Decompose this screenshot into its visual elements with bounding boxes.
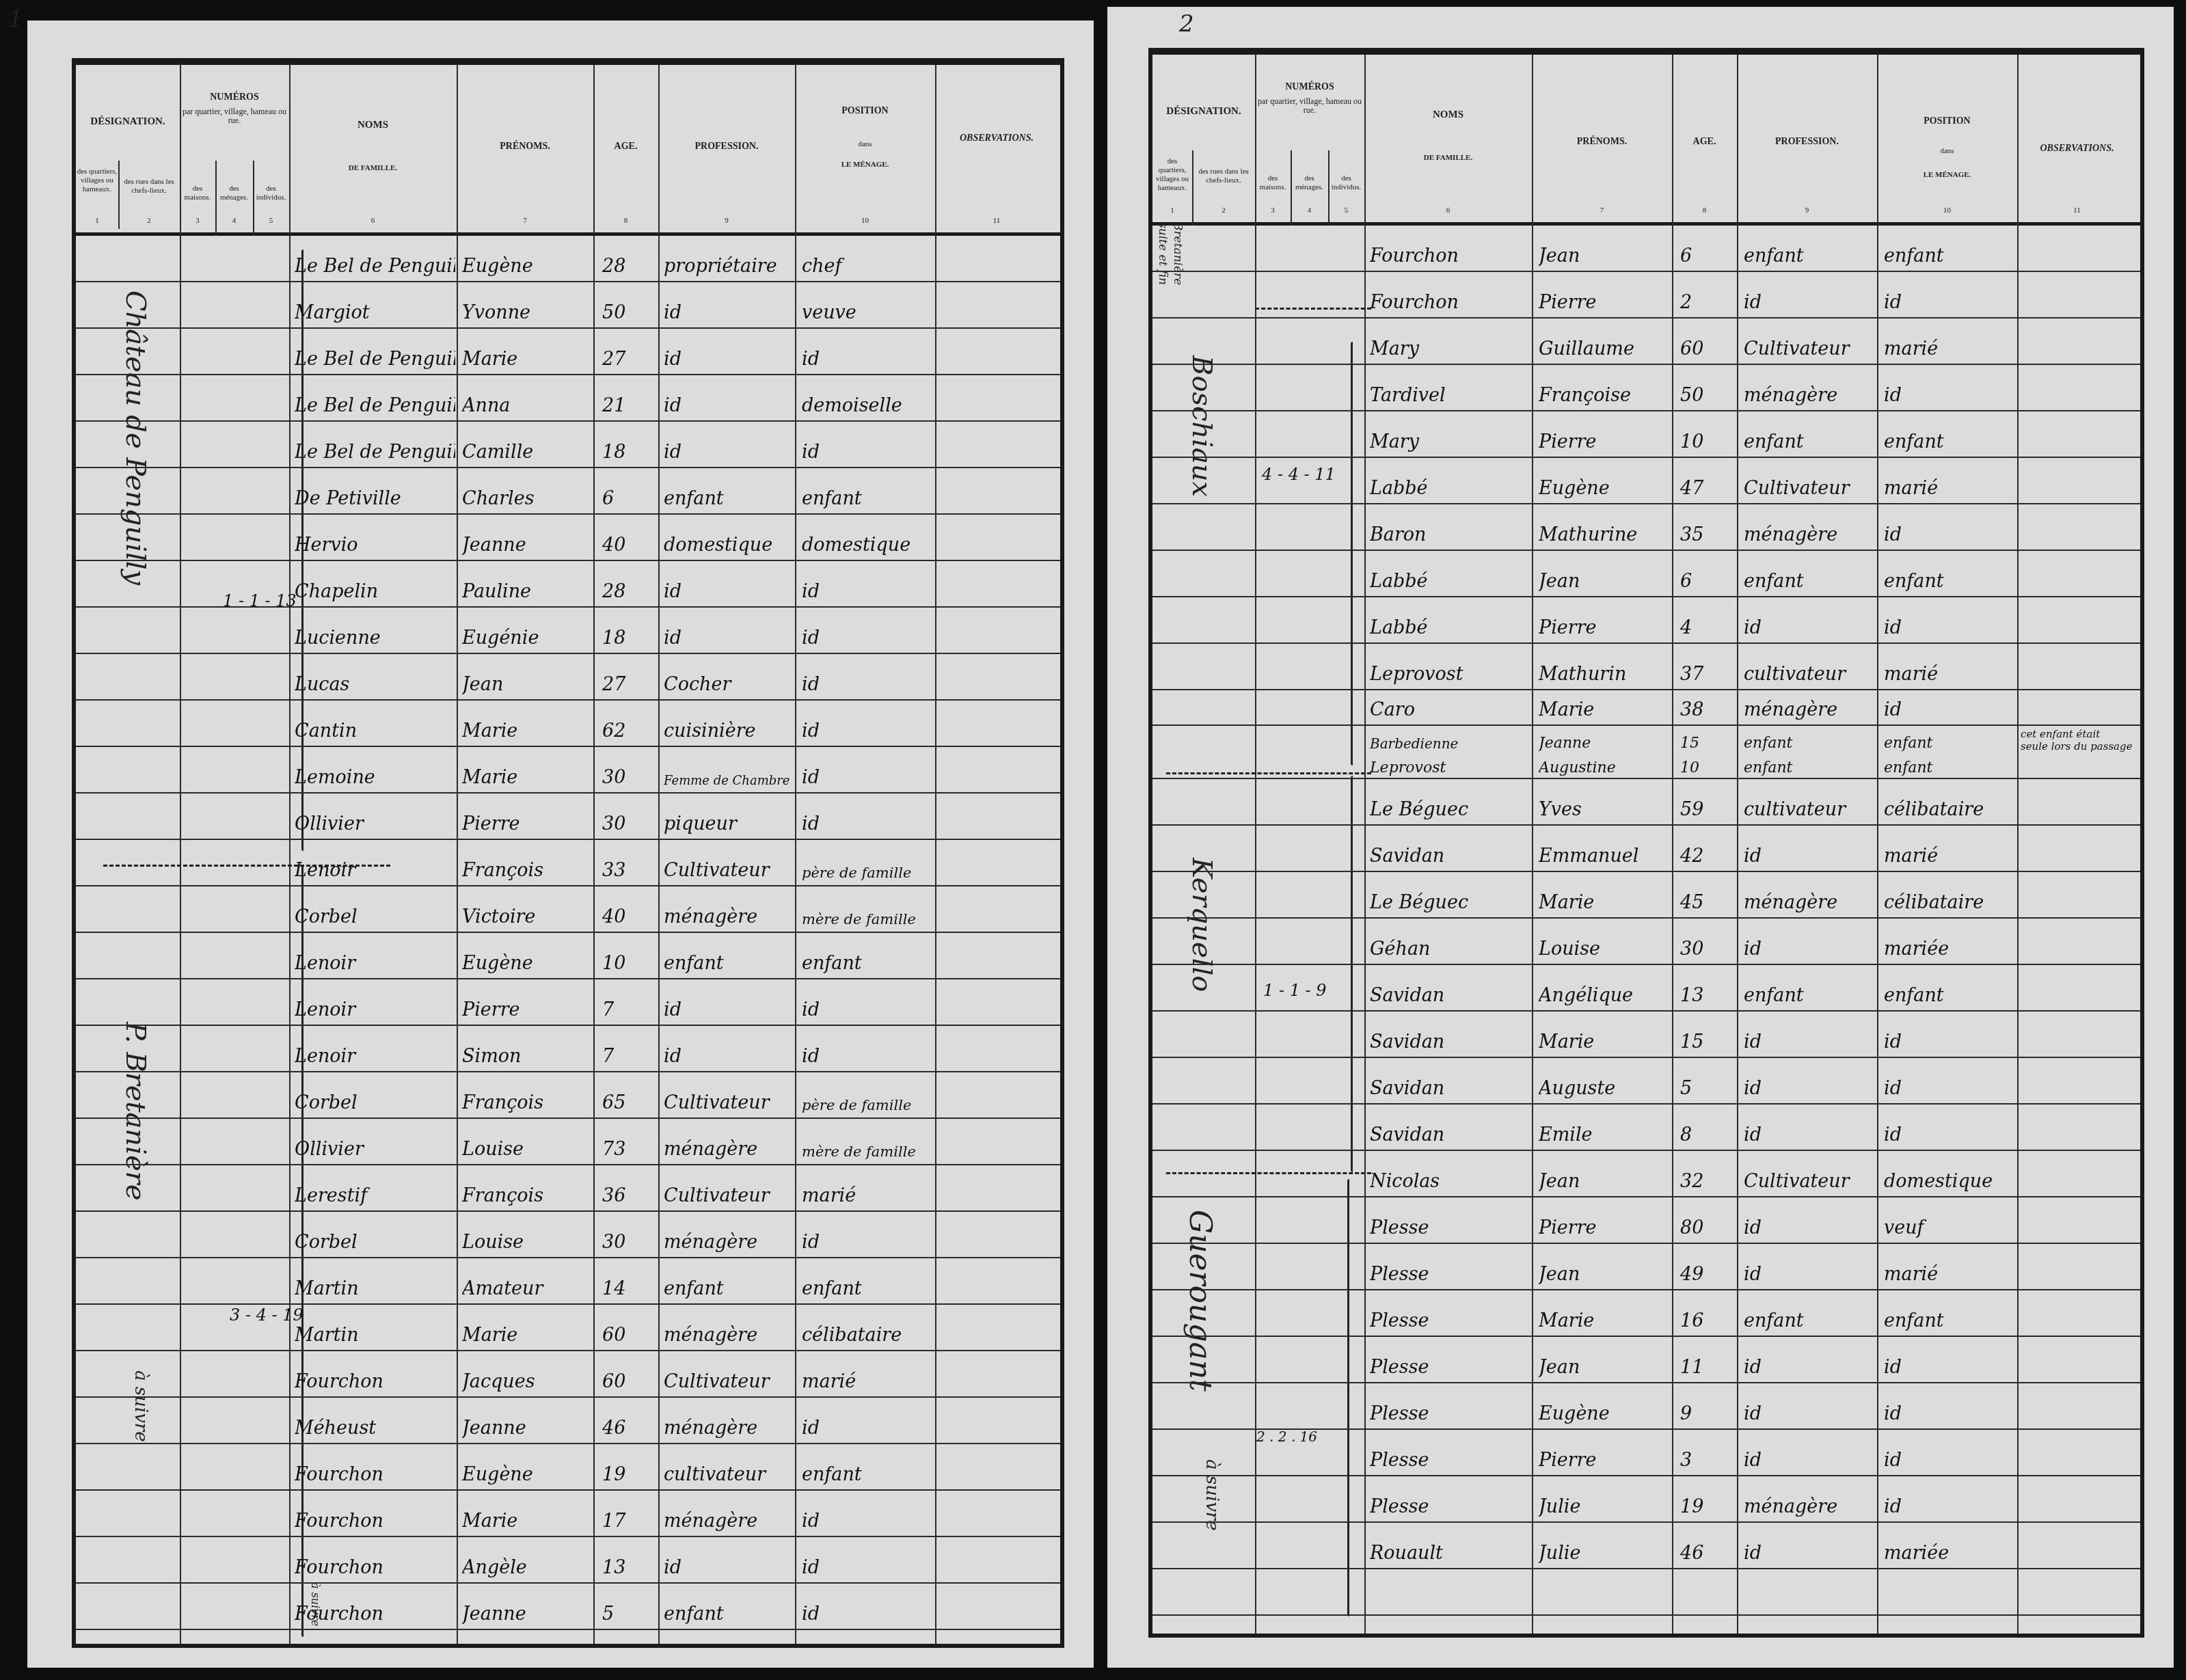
table-cell: enfant xyxy=(1884,735,2015,752)
table-cell: id xyxy=(1884,1496,2015,1517)
table-cell: 65 xyxy=(602,1092,657,1113)
table-cell: 46 xyxy=(1680,1543,1735,1564)
table-cell: id xyxy=(1744,1264,1875,1285)
table-row: PlesseEugène9idid xyxy=(1152,1383,2140,1430)
table-cell: 6 xyxy=(602,488,657,509)
table-cell: Cultivateur xyxy=(664,1092,794,1113)
table-cell: Martin xyxy=(295,1278,455,1299)
table-cell: 18 xyxy=(602,627,657,649)
table-cell: François xyxy=(462,860,592,881)
table-row: LeprovostAugustine10enfantenfant xyxy=(1152,753,2140,779)
table-cell: 47 xyxy=(1680,478,1735,499)
table-cell: Savidan xyxy=(1370,845,1530,867)
header-observations: Observations. xyxy=(2017,144,2137,154)
table-cell: 10 xyxy=(1680,431,1735,452)
table-cell: id xyxy=(664,581,794,602)
table-cell: 37 xyxy=(1680,664,1735,685)
table-cell: Fourchon xyxy=(295,1510,455,1532)
header-age: Age. xyxy=(1672,137,1737,148)
table-cell: 45 xyxy=(1680,892,1735,913)
table-cell: cuisinière xyxy=(664,720,794,742)
header-noms: Noms xyxy=(1364,109,1532,121)
table-row: BaronMathurine35ménagèreid xyxy=(1152,504,2140,551)
table-cell: Fourchon xyxy=(295,1371,455,1392)
table-cell: Pierre xyxy=(462,999,592,1020)
table-row: FourchonJeanne5enfantid xyxy=(76,1584,1060,1630)
table-cell: Camille xyxy=(462,442,592,463)
header-noms: Noms xyxy=(289,120,457,131)
table-cell: id xyxy=(664,1046,794,1067)
table-cell: mariée xyxy=(1884,938,2015,960)
col-number: 11 xyxy=(2017,206,2137,215)
table-cell: id xyxy=(1884,699,2015,720)
table-cell: Louise xyxy=(462,1139,592,1160)
col-divider xyxy=(1192,150,1193,226)
table-cell: Yves xyxy=(1539,799,1670,820)
table-row: CorbelLouise30ménagèreid xyxy=(76,1212,1060,1258)
table-cell: enfant xyxy=(1884,245,2015,267)
table-row: FourchonAngèle13idid xyxy=(76,1537,1060,1584)
table-row: TardivelFrançoise50ménagèreid xyxy=(1152,365,2140,411)
table-cell: 9 xyxy=(1680,1403,1735,1424)
table-row: PlesseJean11idid xyxy=(1152,1337,2140,1383)
table-cell: marié xyxy=(802,1185,933,1206)
table-cell: 28 xyxy=(602,581,657,602)
table-cell: 30 xyxy=(1680,938,1735,960)
table-cell: François xyxy=(462,1092,592,1113)
table-cell: Eugène xyxy=(1539,478,1670,499)
table-cell: marié xyxy=(1884,664,2015,685)
header-observations: Observations. xyxy=(935,133,1058,144)
header-numeros: Numéros xyxy=(1255,82,1364,93)
table-cell: Plesse xyxy=(1370,1450,1530,1471)
table-cell: 46 xyxy=(602,1418,657,1439)
table-cell: id xyxy=(1744,1403,1875,1424)
table-cell: Pierre xyxy=(1539,431,1670,452)
table-cell: Eugénie xyxy=(462,627,592,649)
table-cell: id xyxy=(1884,1357,2015,1378)
table-cell: Jean xyxy=(1539,1357,1670,1378)
table-cell: id xyxy=(1744,938,1875,960)
census-table-left: Désignation. des quartiers, villages ou … xyxy=(72,58,1064,1648)
col-number: 6 xyxy=(1364,206,1532,215)
col-number: 6 xyxy=(289,217,457,225)
table-cell: 6 xyxy=(1680,245,1735,267)
table-cell: 50 xyxy=(602,302,657,323)
table-cell: id xyxy=(664,1557,794,1578)
header-menages: des ménages. xyxy=(215,185,253,202)
table-cell: Ollivier xyxy=(295,813,455,835)
table-cell: 30 xyxy=(602,813,657,835)
table-cell: 10 xyxy=(602,953,657,974)
table-cell: Fourchon xyxy=(295,1603,455,1625)
table-row: Le Bel de PenguillyMarie27idid xyxy=(76,329,1060,375)
table-cell: Françoise xyxy=(1539,385,1670,406)
table-cell: cultivateur xyxy=(1744,799,1875,820)
table-cell: Géhan xyxy=(1370,938,1530,960)
table-cell: id xyxy=(802,1603,933,1625)
table-cell: Marie xyxy=(462,349,592,370)
col-number: 2 xyxy=(1192,206,1255,215)
col-number: 8 xyxy=(593,217,658,225)
table-cell: demoiselle xyxy=(802,395,933,416)
table-row: FourchonJacques60Cultivateurmarié xyxy=(76,1351,1060,1398)
table-cell: Plesse xyxy=(1370,1310,1530,1331)
table-cell: enfant xyxy=(664,488,794,509)
table-cell: 17 xyxy=(602,1510,657,1532)
table-cell: id xyxy=(802,1557,933,1578)
table-cell: veuve xyxy=(802,302,933,323)
col-number: 5 xyxy=(1328,206,1364,215)
header-age: Age. xyxy=(593,141,658,152)
table-cell: 15 xyxy=(1680,1031,1735,1053)
header-designation-sub2: des rues dans les chefs-lieux. xyxy=(118,178,180,195)
table-cell: id xyxy=(1744,1450,1875,1471)
table-cell: Pierre xyxy=(1539,1217,1670,1238)
table-cell: id xyxy=(802,1232,933,1253)
table-cell: enfant xyxy=(1744,1310,1875,1331)
col-number: 7 xyxy=(1532,206,1672,215)
table-cell: id xyxy=(1884,385,2015,406)
table-row: SavidanMarie15idid xyxy=(1152,1012,2140,1058)
table-cell: Plesse xyxy=(1370,1217,1530,1238)
table-cell: id xyxy=(802,1046,933,1067)
table-cell: Yvonne xyxy=(462,302,592,323)
table-cell: Labbé xyxy=(1370,478,1530,499)
col-number: 5 xyxy=(253,217,289,225)
table-cell: Fourchon xyxy=(295,1557,455,1578)
table-cell: Femme de Chambre xyxy=(664,774,794,788)
table-cell: Tardivel xyxy=(1370,385,1530,406)
table-row: MartinMarie60ménagèrecélibataire xyxy=(76,1305,1060,1351)
table-cell: id xyxy=(1744,845,1875,867)
table-cell: père de famille xyxy=(802,1097,933,1113)
table-cell: id xyxy=(802,442,933,463)
table-cell: Plesse xyxy=(1370,1496,1530,1517)
table-row: ChapelinPauline28idid xyxy=(76,561,1060,608)
table-cell: Eugène xyxy=(462,1464,592,1485)
col-divider xyxy=(118,161,120,229)
table-cell: Caro xyxy=(1370,699,1530,720)
left-page: 1 Désignation. des quartiers, villages o… xyxy=(27,21,1094,1668)
header-position: Position xyxy=(795,106,935,117)
table-row: FourchonJean6enfantenfant xyxy=(1152,226,2140,272)
table-cell: Le Bel de Penguilly xyxy=(295,256,455,277)
table-cell: Emmanuel xyxy=(1539,845,1670,867)
col-number: 11 xyxy=(935,217,1058,225)
table-cell: id xyxy=(664,627,794,649)
table-cell: Angélique xyxy=(1539,985,1670,1006)
table-cell: marié xyxy=(1884,338,2015,360)
table-cell: Labbé xyxy=(1370,571,1530,592)
table-cell: enfant xyxy=(1884,571,2015,592)
table-row: GéhanLouise30idmariée xyxy=(1152,919,2140,965)
table-cell: Pauline xyxy=(462,581,592,602)
table-row: PlesseMarie16enfantenfant xyxy=(1152,1290,2140,1337)
table-cell: 28 xyxy=(602,256,657,277)
table-cell: 32 xyxy=(1680,1171,1735,1192)
col-number: 10 xyxy=(795,217,935,225)
col-number: 8 xyxy=(1672,206,1737,215)
table-cell: célibataire xyxy=(802,1325,933,1346)
table-cell: id xyxy=(1884,617,2015,638)
table-cell: Fourchon xyxy=(295,1464,455,1485)
table-cell: 40 xyxy=(602,906,657,927)
table-cell: Savidan xyxy=(1370,1031,1530,1053)
table-row: NicolasJean32Cultivateurdomestique xyxy=(1152,1151,2140,1197)
table-cell: Méheust xyxy=(295,1418,455,1439)
table-cell: domestique xyxy=(664,534,794,556)
header-position-sub: le ménage. xyxy=(795,161,935,170)
table-cell: marié xyxy=(1884,478,2015,499)
table-cell: Marie xyxy=(462,767,592,788)
table-row: FourchonMarie17ménagèreid xyxy=(76,1491,1060,1537)
table-cell: id xyxy=(664,395,794,416)
table-cell: 50 xyxy=(1680,385,1735,406)
table-cell: Julie xyxy=(1539,1496,1670,1517)
table-cell: Plesse xyxy=(1370,1403,1530,1424)
table-cell: Le Béguec xyxy=(1370,892,1530,913)
table-cell: Le Béguec xyxy=(1370,799,1530,820)
census-table-right: Désignation. des quartiers, villages ou … xyxy=(1148,48,2144,1638)
table-cell: ménagère xyxy=(664,1510,794,1532)
table-cell: enfant xyxy=(664,1603,794,1625)
table-row: LabbéPierre4idid xyxy=(1152,597,2140,644)
table-cell: 5 xyxy=(602,1603,657,1625)
table-cell: De Petiville xyxy=(295,488,455,509)
col-divider xyxy=(215,161,217,236)
table-cell: 4 xyxy=(1680,617,1735,638)
table-cell: Cultivateur xyxy=(1744,478,1875,499)
table-cell: id xyxy=(1744,1031,1875,1053)
table-row: HervioJeanne40domestiquedomestique xyxy=(76,515,1060,561)
table-cell: Louise xyxy=(1539,938,1670,960)
table-row: SavidanAngélique13enfantenfant xyxy=(1152,965,2140,1012)
table-cell: Plesse xyxy=(1370,1357,1530,1378)
table-cell: id xyxy=(802,349,933,370)
table-cell: Jacques xyxy=(462,1371,592,1392)
table-cell: 18 xyxy=(602,442,657,463)
table-row: LemoineMarie30Femme de Chambreid xyxy=(76,747,1060,794)
table-cell: enfant xyxy=(1884,431,2015,452)
table-cell: 13 xyxy=(602,1557,657,1578)
table-cell: Cultivateur xyxy=(664,1185,794,1206)
table-row: LabbéEugène47Cultivateurmarié xyxy=(1152,458,2140,504)
table-cell: 35 xyxy=(1680,524,1735,545)
col-number: 1 xyxy=(76,217,118,225)
header-noms-sub: de famille. xyxy=(1364,154,1532,163)
col-number: 1 xyxy=(1152,206,1192,215)
table-cell: Augustine xyxy=(1539,759,1670,776)
observation-note: cet enfant étaitseule lors du passage xyxy=(2021,728,2137,753)
table-row: SavidanEmmanuel42idmarié xyxy=(1152,826,2140,872)
table-cell: Fourchon xyxy=(1370,292,1530,313)
table-row: LenoirEugène10enfantenfant xyxy=(76,933,1060,979)
header-individus: des individus. xyxy=(253,185,289,202)
table-cell: Chapelin xyxy=(295,581,455,602)
table-cell: id xyxy=(664,302,794,323)
table-cell: id xyxy=(1744,1543,1875,1564)
table-cell: Savidan xyxy=(1370,1078,1530,1099)
table-cell: Pierre xyxy=(1539,617,1670,638)
table-cell: 40 xyxy=(602,534,657,556)
table-cell: Lucas xyxy=(295,674,455,695)
table-cell: Victoire xyxy=(462,906,592,927)
table-cell: Marie xyxy=(462,720,592,742)
col-number: 3 xyxy=(180,217,215,225)
table-cell: Eugène xyxy=(1539,1403,1670,1424)
table-cell: Jeanne xyxy=(462,1418,592,1439)
table-cell: 8 xyxy=(1680,1124,1735,1146)
table-cell: 19 xyxy=(1680,1496,1735,1517)
table-cell: enfant xyxy=(1744,759,1875,776)
table-cell: Baron xyxy=(1370,524,1530,545)
table-cell: 7 xyxy=(602,999,657,1020)
header-profession: Profession. xyxy=(658,141,795,152)
table-cell: enfant xyxy=(1744,735,1875,752)
table-cell: enfant xyxy=(802,1464,933,1485)
table-cell: Cultivateur xyxy=(664,1371,794,1392)
table-cell: 21 xyxy=(602,395,657,416)
table-row: Le Bel de PenguillyCamille18idid xyxy=(76,422,1060,468)
table-cell: Eugène xyxy=(462,953,592,974)
header-designation-sub1: des quartiers, villages ou hameaux. xyxy=(1152,157,1192,193)
table-row: RouaultJulie46idmariée xyxy=(1152,1523,2140,1569)
table-cell: Corbel xyxy=(295,906,455,927)
table-cell: Pierre xyxy=(1539,292,1670,313)
table-cell: Marie xyxy=(462,1325,592,1346)
table-cell: Cultivateur xyxy=(1744,1171,1875,1192)
header-maisons: des maisons. xyxy=(180,185,215,202)
table-cell: Emile xyxy=(1539,1124,1670,1146)
table-cell: 33 xyxy=(602,860,657,881)
table-cell: Jean xyxy=(1539,571,1670,592)
header-designation: Désignation. xyxy=(1152,106,1255,118)
table-cell: 80 xyxy=(1680,1217,1735,1238)
table-row: LabbéJean6enfantenfant xyxy=(1152,551,2140,597)
table-cell: Lucienne xyxy=(295,627,455,649)
table-cell: Savidan xyxy=(1370,1124,1530,1146)
table-cell: 10 xyxy=(1680,759,1735,776)
table-cell: marié xyxy=(1884,845,2015,867)
table-row: Le Bel de PenguillyAnna21iddemoiselle xyxy=(76,375,1060,422)
table-cell: marié xyxy=(1884,1264,2015,1285)
table-cell: id xyxy=(1884,292,2015,313)
table-cell: domestique xyxy=(802,534,933,556)
table-cell: 27 xyxy=(602,674,657,695)
table-cell: Jean xyxy=(1539,1171,1670,1192)
header-position-dans: dans xyxy=(795,140,935,149)
table-cell: célibataire xyxy=(1884,892,2015,913)
table-cell: 60 xyxy=(1680,338,1735,360)
table-cell: id xyxy=(664,442,794,463)
table-cell: id xyxy=(1744,617,1875,638)
table-row: BarbedienneJeanne15enfantenfant xyxy=(1152,726,2140,753)
header-numeros: Numéros xyxy=(180,92,289,103)
table-cell: veuf xyxy=(1884,1217,2015,1238)
table-cell: id xyxy=(1884,1450,2015,1471)
table-cell: Le Bel de Penguilly xyxy=(295,395,455,416)
table-cell: Cocher xyxy=(664,674,794,695)
table-row: De PetivilleCharles6enfantenfant xyxy=(76,468,1060,515)
table-cell: Anna xyxy=(462,395,592,416)
table-cell: 11 xyxy=(1680,1357,1735,1378)
table-cell: Nicolas xyxy=(1370,1171,1530,1192)
col-number: 2 xyxy=(118,217,180,225)
table-row: PlessePierre80idveuf xyxy=(1152,1197,2140,1244)
table-cell: Julie xyxy=(1539,1543,1670,1564)
table-cell: chef xyxy=(802,256,933,277)
table-row: CorbelVictoire40ménagèremère de famille xyxy=(76,886,1060,933)
header-prenoms: Prénoms. xyxy=(1532,137,1672,148)
table-cell: 27 xyxy=(602,349,657,370)
table-cell: Leprovost xyxy=(1370,664,1530,685)
table-cell: enfant xyxy=(1884,1310,2015,1331)
col-divider xyxy=(253,161,254,236)
table-cell: 73 xyxy=(602,1139,657,1160)
page-mark: 2 xyxy=(1179,10,1194,38)
table-cell: 15 xyxy=(1680,735,1735,752)
header-numeros-sub: par quartier, village, hameau ou rue. xyxy=(1255,97,1364,115)
table-row: SavidanAuguste5idid xyxy=(1152,1058,2140,1105)
table-cell: 13 xyxy=(1680,985,1735,1006)
table-cell: id xyxy=(802,1510,933,1532)
header-profession: Profession. xyxy=(1737,137,1877,148)
table-cell: mariée xyxy=(1884,1543,2015,1564)
table-row: Le BéguecMarie45ménagèrecélibataire xyxy=(1152,872,2140,919)
table-cell: Louise xyxy=(462,1232,592,1253)
table-cell: 36 xyxy=(602,1185,657,1206)
table-cell: id xyxy=(802,767,933,788)
table-cell: Fourchon xyxy=(1370,245,1530,267)
table-cell: ménagère xyxy=(664,1232,794,1253)
table-cell: id xyxy=(1744,1217,1875,1238)
table-cell: id xyxy=(802,581,933,602)
table-row: LenoirPierre7idid xyxy=(76,979,1060,1026)
table-row: OllivierLouise73ménagèremère de famille xyxy=(76,1119,1060,1165)
table-cell: id xyxy=(1884,1031,2015,1053)
table-cell: ménagère xyxy=(1744,1496,1875,1517)
table-cell: 42 xyxy=(1680,845,1735,867)
table-cell: Leprovost xyxy=(1370,759,1530,776)
table-cell: Barbedienne xyxy=(1370,735,1530,752)
table-cell: enfant xyxy=(802,488,933,509)
table-cell: Mathurin xyxy=(1539,664,1670,685)
table-cell: Marie xyxy=(1539,1031,1670,1053)
table-cell: Pierre xyxy=(1539,1450,1670,1471)
table-cell: mère de famille xyxy=(802,1143,933,1160)
col-number: 9 xyxy=(658,217,795,225)
table-cell: Le Bel de Penguilly xyxy=(295,442,455,463)
table-cell: id xyxy=(1744,1357,1875,1378)
table-row: MartinAmateur14enfantenfant xyxy=(76,1258,1060,1305)
table-cell: Marie xyxy=(1539,699,1670,720)
table-cell: François xyxy=(462,1185,592,1206)
table-cell: piqueur xyxy=(664,813,794,835)
table-cell: 38 xyxy=(1680,699,1735,720)
table-cell: ménagère xyxy=(664,1325,794,1346)
table-row: LeprovostMathurin37cultivateurmarié xyxy=(1152,644,2140,690)
table-cell: 16 xyxy=(1680,1310,1735,1331)
table-cell: enfant xyxy=(1744,985,1875,1006)
table-cell: Lerestif xyxy=(295,1185,455,1206)
page-mark: 1 xyxy=(8,5,23,33)
header-noms-sub: de famille. xyxy=(289,164,457,173)
table-cell: Lenoir xyxy=(295,860,455,881)
table-cell: Jeanne xyxy=(462,534,592,556)
header-prenoms: Prénoms. xyxy=(457,141,593,152)
header-position-dans: dans xyxy=(1877,147,2017,156)
